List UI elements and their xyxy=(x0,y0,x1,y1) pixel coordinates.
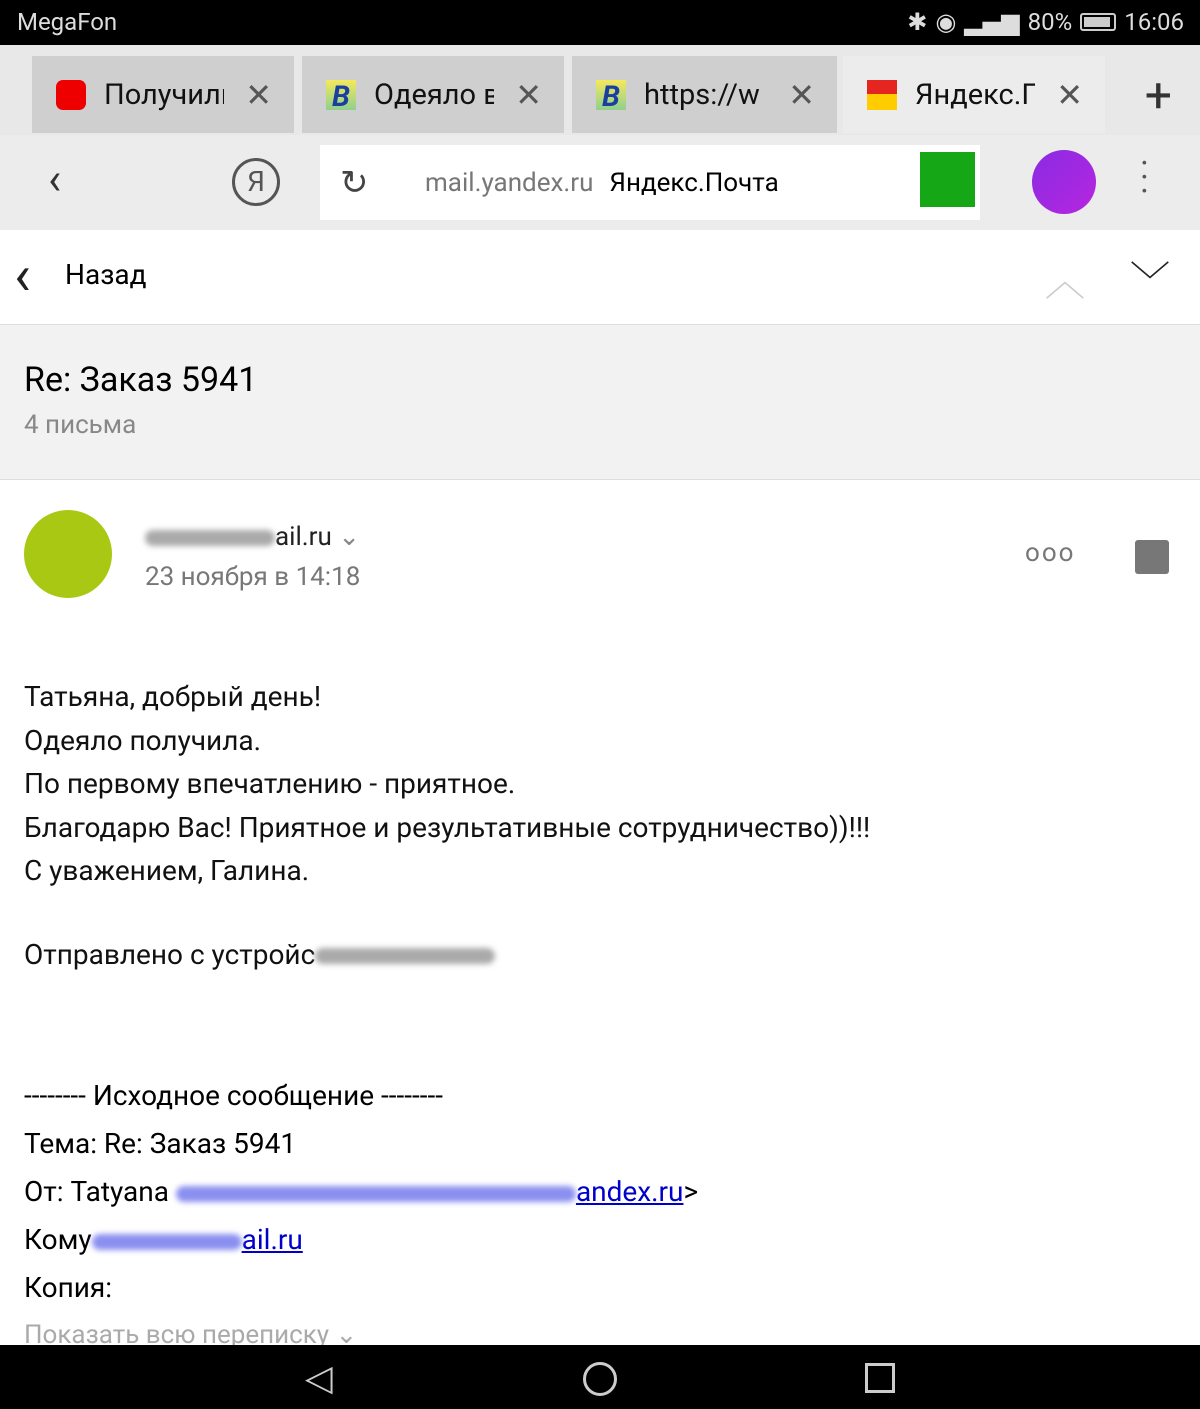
tab-strip: Получили✕ BОдеяло в✕ Bhttps://w✕ Яндекс.… xyxy=(0,45,1200,135)
battery-icon xyxy=(1080,13,1116,31)
browser-tab-active[interactable]: Яндекс.П✕ xyxy=(843,56,1105,133)
message-count: 4 письма xyxy=(24,410,136,440)
valetex-favicon: B xyxy=(326,80,356,110)
close-tab-icon[interactable]: ✕ xyxy=(515,76,542,114)
bluetooth-icon: ✱ xyxy=(907,8,927,36)
menu-icon[interactable]: ··· xyxy=(1140,157,1149,199)
youtube-icon xyxy=(56,80,86,110)
address-bar[interactable]: ↻ mail.yandex.ru Яндекс.Почта xyxy=(320,145,980,220)
chevron-left-icon[interactable]: ‹ xyxy=(14,242,31,308)
back-icon[interactable]: ‹ xyxy=(48,153,61,205)
close-tab-icon[interactable]: ✕ xyxy=(788,76,815,114)
android-nav-bar: ◁ xyxy=(0,1345,1200,1409)
message-date: 23 ноября в 14:18 xyxy=(145,562,360,592)
reload-icon[interactable]: ↻ xyxy=(340,163,369,203)
browser-tab[interactable]: BОдеяло в✕ xyxy=(302,56,564,133)
recents-icon[interactable] xyxy=(865,1363,895,1393)
message-body: Татьяна, добрый день!Одеяло получила.По … xyxy=(24,675,870,976)
lock-icon[interactable] xyxy=(920,152,975,207)
status-bar: MegaFon ✱◉▂▄▆80%16:06 xyxy=(0,0,1200,45)
more-icon[interactable]: ooo xyxy=(1025,538,1075,568)
chevron-down-icon: ⌄ xyxy=(338,522,360,552)
valetex-favicon: B xyxy=(596,80,626,110)
home-icon[interactable] xyxy=(583,1362,617,1396)
microphone-icon[interactable] xyxy=(1032,150,1096,214)
from-link[interactable]: andex.ru xyxy=(576,1175,684,1208)
mail-nav: ‹ Назад ︿ ﹀ xyxy=(0,230,1200,325)
new-tab-button[interactable]: + xyxy=(1145,67,1172,124)
to-link[interactable]: ail.ru xyxy=(242,1223,303,1256)
close-tab-icon[interactable]: ✕ xyxy=(245,76,272,114)
browser-tab[interactable]: Bhttps://w✕ xyxy=(572,56,837,133)
back-button[interactable]: Назад xyxy=(65,258,147,291)
eye-icon: ◉ xyxy=(935,8,956,36)
browser-toolbar: ‹ Я ↻ mail.yandex.ru Яндекс.Почта ··· xyxy=(0,135,1200,230)
thread-subject: Re: Заказ 5941 xyxy=(24,360,257,400)
avatar xyxy=(24,510,112,598)
back-nav-icon[interactable]: ◁ xyxy=(305,1357,333,1399)
trash-icon[interactable] xyxy=(1135,540,1169,574)
chevron-up-icon[interactable]: ︿ xyxy=(1045,250,1085,307)
yandex-mail-icon xyxy=(867,80,897,110)
browser-tab[interactable]: Получили✕ xyxy=(32,56,294,133)
battery-percent: 80% xyxy=(1028,8,1073,36)
chevron-down-icon[interactable]: ﹀ xyxy=(1130,250,1170,307)
yandex-icon[interactable]: Я xyxy=(232,158,280,206)
original-message: -------- Исходное сообщение -------- Тем… xyxy=(24,1072,698,1312)
clock: 16:06 xyxy=(1124,8,1184,36)
sender[interactable]: ail.ru ⌄ xyxy=(145,522,360,552)
carrier: MegaFon xyxy=(17,8,117,36)
close-tab-icon[interactable]: ✕ xyxy=(1056,76,1083,114)
thread-header: Re: Заказ 5941 4 письма xyxy=(0,325,1200,480)
signal-icon: ▂▄▆ xyxy=(964,8,1019,36)
